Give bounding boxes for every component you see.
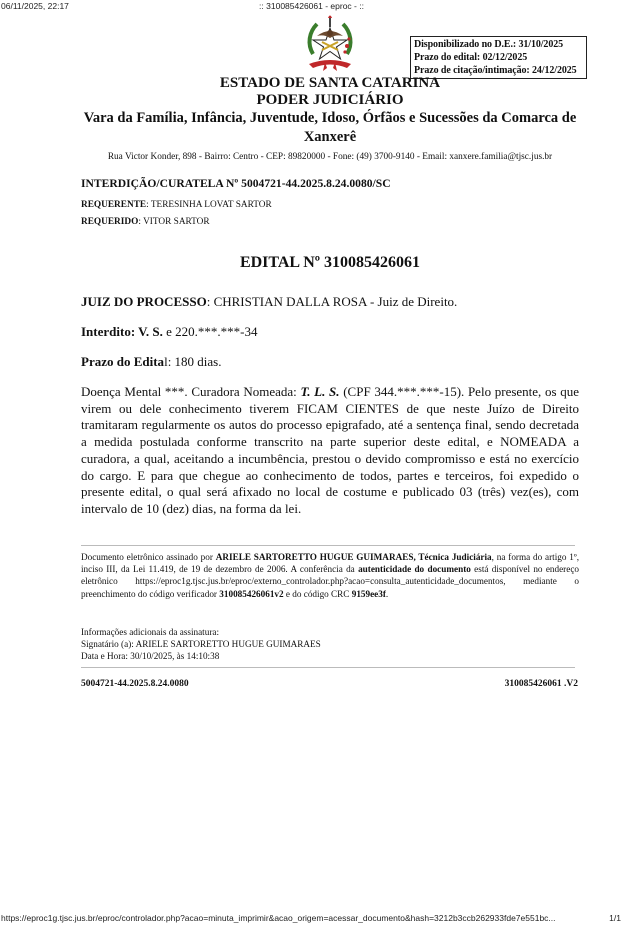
print-footer: https://eproc1g.tjsc.jus.br/eproc/contro… xyxy=(0,910,623,926)
court-heading: Vara da Família, Infância, Juventude, Id… xyxy=(70,109,590,147)
body-rest: (CPF 344.***.***-15). Pelo presente, os … xyxy=(81,384,579,516)
edital-body: Doença Mental ***. Curadora Nomeada: T. … xyxy=(81,384,579,518)
defendant-label: REQUERIDO xyxy=(81,217,138,227)
signer-name: ARIELE SARTORETTO HUGUE GUIMARAES, Técni… xyxy=(216,552,492,562)
process-title: INTERDIÇÃO/CURATELA Nº 5004721-44.2025.8… xyxy=(81,177,391,190)
plaintiff-name: : TERESINHA LOVAT SARTOR xyxy=(146,200,272,210)
crc-code: 9159ee3f xyxy=(352,589,386,599)
verifier-code: 310085426061v2 xyxy=(219,589,283,599)
sig-text-4: e do código CRC xyxy=(284,589,352,599)
sig-text-1: Documento eletrônico assinado por xyxy=(81,552,216,562)
sig-text-5: . xyxy=(386,589,388,599)
print-url: https://eproc1g.tjsc.jus.br/eproc/contro… xyxy=(1,913,556,923)
edital-deadline: Prazo do edital: 02/12/2025 xyxy=(414,51,584,64)
interdito-line: Interdito: V. S. e 220.***.***-34 xyxy=(81,324,257,340)
judiciary-heading: PODER JUDICIÁRIO xyxy=(70,92,590,109)
interdito-value: e 220.***.***-34 xyxy=(163,324,258,339)
signature-info: Informações adicionais da assinatura: Si… xyxy=(81,626,321,663)
judge-label: JUIZ DO PROCESSO xyxy=(81,294,207,309)
prazo-value: : 180 dias. xyxy=(168,354,222,369)
print-header: 06/11/2025, 22:17 :: 310085426061 - epro… xyxy=(0,0,623,14)
prazo-label: Prazo do Edita xyxy=(81,354,164,369)
footer-process-number: 5004721-44.2025.8.24.0080 xyxy=(81,679,189,689)
authenticity-label: autenticidade do documento xyxy=(358,564,471,574)
judge-line: JUIZ DO PROCESSO: CHRISTIAN DALLA ROSA -… xyxy=(81,294,457,310)
sig-info-datetime: Data e Hora: 30/10/2025, às 14:10:38 xyxy=(81,650,321,662)
signature-statement: Documento eletrônico assinado por ARIELE… xyxy=(81,551,579,600)
page-number: 1/1 xyxy=(609,913,621,923)
curator-initials: T. L. S. xyxy=(300,384,339,399)
sig-info-signer: Signatário (a): ARIELE SARTORETTO HUGUE … xyxy=(81,638,321,650)
divider xyxy=(81,545,575,546)
interdito-label: Interdito: V. S. xyxy=(81,324,163,339)
judge-value: : CHRISTIAN DALLA ROSA - Juiz de Direito… xyxy=(207,294,458,309)
footer-doc-version: 310085426061 .V2 xyxy=(505,679,578,689)
coat-of-arms-icon xyxy=(303,14,357,72)
prazo-line: Prazo do Edital: 180 dias. xyxy=(81,354,222,370)
sig-info-title: Informações adicionais da assinatura: xyxy=(81,626,321,638)
plaintiff-label: REQUERENTE xyxy=(81,200,146,210)
available-date: Disponibilizado no D.E.: 31/10/2025 xyxy=(414,38,584,51)
print-page-title: :: 310085426061 - eproc - :: xyxy=(0,1,623,11)
publication-dates-box: Disponibilizado no D.E.: 31/10/2025 Praz… xyxy=(410,36,587,79)
body-prefix: Doença Mental ***. Curadora Nomeada: xyxy=(81,384,300,399)
divider xyxy=(81,667,575,668)
defendant-line: REQUERIDO: VITOR SARTOR xyxy=(81,217,210,227)
plaintiff-line: REQUERENTE: TERESINHA LOVAT SARTOR xyxy=(81,200,272,210)
edital-title: EDITAL Nº 310085426061 xyxy=(70,254,590,272)
court-address: Rua Victor Konder, 898 - Bairro: Centro … xyxy=(70,152,590,162)
state-heading: ESTADO DE SANTA CATARINA xyxy=(70,75,590,92)
defendant-name: : VITOR SARTOR xyxy=(138,217,209,227)
